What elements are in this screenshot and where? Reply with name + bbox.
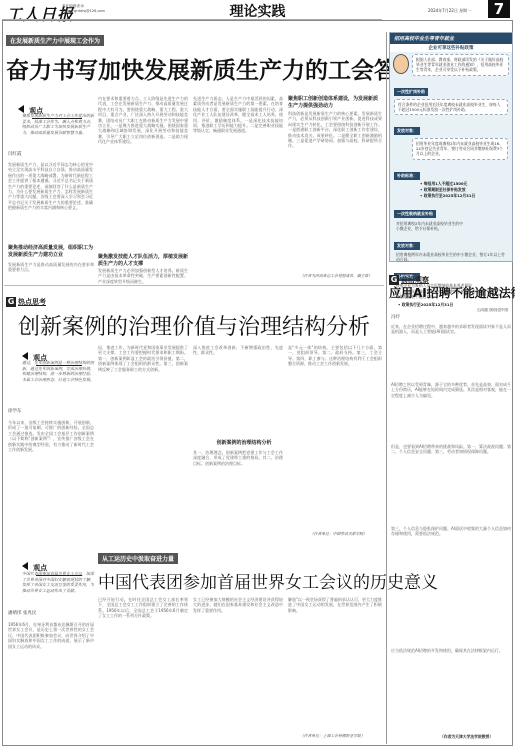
article1-tag: 在发展新质生产力中展现工会作为 [6,35,104,46]
article1-headline: 奋力书写加快发展新质生产力的工会答卷 [6,52,382,85]
article1-col2b: 发展新质生产力必须加强创新型人才培养。新质生产力是由技术革命性突破、生产要素创新… [98,268,188,284]
speaker-icon [22,562,28,570]
section-divider [4,285,384,286]
article2-headline: 创新案例的治理价值与治理结构分析 [6,310,382,341]
article2-col1: 今年以来，各级工会持续实施创新，开展创新，形成了一批可复制、可推广的创新经验。全… [8,420,94,532]
standard-label: 补助标准： [394,172,420,180]
speaker-icon [22,352,28,360]
article2-author: 徐学东 [8,408,22,414]
section1-text: 符合条件的企业招用毛坯年度离校未就业高校毕业生，按每人不超过1500元标准发放一… [394,99,508,115]
cartoon-person-icon [393,54,409,74]
article4-text1: 近来，在企业招聘过程中，越来越多的求职者发现面试对象不是人而是机器人，而是人工智… [391,324,511,380]
g-icon: G [6,297,16,307]
article3-author-note: （作者单位：上海工会管理职业学院） [300,733,365,739]
article1-subhead3: 聚焦职工创新创造体系建设，为发展新质生产力提供强劲动力 [288,96,382,109]
article2-column-tag: G热点思考 [6,289,46,308]
target2-label: 发放对象： [394,242,420,250]
sidebar-credit: 文/周凯 图/视觉中国 [390,308,512,313]
article1-subhead1: 聚焦推动经济高质量发展，组织职工为发展新质生产力建功立业 [8,245,94,258]
article4-headline: 应用AI招聘不能逾越法律边界 [389,284,513,301]
article1-col1: 发展新质生产力，是以习近平同志为核心的党中央立足实现高水平科技自立自强、推动高质… [8,162,93,242]
target-label: 发放对象： [394,127,420,135]
article3-tag: 从工运历史中汲取奋进力量 [98,553,178,564]
article2-view-text: 通过，先军创新案例是一种治理结构的创新，通过先军创新案例，完成治理价值、构建治理… [22,360,96,382]
article1-col2: 内在要求和重要着力点。工人阶级是先进生产力的代表，工会在发展新质生产力、推动高质… [98,96,188,254]
article4-text5: 应当依法规范AI招聘的开发和使用，确保其在法律框架内运行。 [391,648,511,732]
target-text: 招用毕业年度或离校2年内未就业高校毕业生或16-24岁登记失业青年，签订劳动合同… [412,138,508,160]
article2-subhead: 创新案例的治理结构分析 [204,440,284,447]
speaker-icon [18,105,24,113]
article1-view-text: 聚焦发展新质生产力对工会工作提出的新要求，找准工会作为、融入点和着力点，组织动员… [22,113,96,135]
sidebar-subheader: 企业可享这些补贴政策 [390,44,512,52]
article3-col1: 1956年6月，在匈牙利首都布达佩斯召开的首届世界女工会议，是历史上第一次世界性… [8,622,94,740]
section2-text: 对招用离校2年内未就业高校毕业生的中小微企业，给予社保补贴。 [390,220,470,232]
issue-date: 2024年7月22日 星期一 [428,8,471,14]
employment-subsidy-infobox: 招用高校毕业生等青年就业 企业可享这些补贴政策 根据人社部、教育部、财政部印发的… [389,32,513,262]
article3-view-text: 中国代表团参加首届世界女工会议，加深了世界各国对中国妇女解放现状的了解，发挥了各… [22,571,96,593]
target2-text: 招用离校两年内未就业高校毕业生的中小微企业，签订1年以上劳动合同。 [390,251,512,263]
section2-title: 一次性吸纳就业补贴 [394,210,436,218]
article2-col3b: 其一，治理理念。创新案例把党建工作与工会工作深度融合，形成了党建带工建的格局。其… [193,450,283,530]
article4-text2: AI招聘之所以受到青睐，源于它的多种优势。首先是高效，面对成千上万份简历，AI能… [391,382,511,442]
article3-headline: 中国代表团参加首届世界女工会议的历史意义 [98,568,382,593]
column-divider [386,32,387,744]
article4-author: 冯纾 [391,314,400,320]
article1-col1b: 发展新质生产力是推动高质量发展的内在要求和重要着力点。 [8,262,94,278]
article2-col4: 是"多元一体"的结构。主要包括以下几个方面。第一，党组织领导。第二，政府支持。第… [288,345,382,530]
article4-text3: 但是，也要看到AI招聘带来的挑战和风险。第一，算法歧视问题；第二，个人信息安全问… [391,444,511,524]
article4-author-note: （作者为天津大学法学院教授） [440,734,493,740]
section1-title: 一次性扩岗补助 [394,88,428,96]
article3-author: 潘婧彤 张兆民 [8,610,36,616]
article2-author-note: （作者单位：中国劳动关系学院） [310,531,367,537]
article1-author-note: （作者为河南省总工会党组成员、副主席） [300,273,372,279]
page-number: 7 [488,0,510,18]
article1-subhead2: 聚焦激发技能人才队伍活力，厚植发展新质生产力的人才支撑 [98,254,188,267]
article3-col4: 解放"以一致会场获得了普遍的承认认可，更大力度推进了中国女工运动的发展，在世界范… [288,597,382,725]
article1-col4: 科技创新是发展新质生产力的核心要素。发展新质生产力，必须从科技创新引领产业创新、… [288,111,382,271]
article1-author: 闫红霞 [8,151,22,157]
article2-col2: 因，推进工作，为新时代党和国家事业发展提供了更大支撑。工会工作要把握时代要求和职… [98,345,188,530]
article3-col2: 已经开始行动。在时任全国总工会女工部长率领下，全国总工会女工工作组织建立了完善的… [98,597,188,740]
article2-col3: 深入推进工会改革创新，不断增强政治性、先进性、群众性。 [193,345,283,437]
sidebar-header: 招用高校毕业生等青年就业 [390,33,512,44]
article1-col3: 先进生产力质态。人是生产力中最活跃的因素，高素质劳动者是发展新质生产力的第一要素… [193,96,283,282]
sidebar-intro: 根据人社部、教育部、财政部印发的《关于做好高校毕业生等青年就业创业工作的通知》，… [412,54,509,76]
article3-col3: 女工已经参加大规模的社会主义经济建设并获得较大的进步，她们在国家基本建设和社会主… [193,597,283,740]
